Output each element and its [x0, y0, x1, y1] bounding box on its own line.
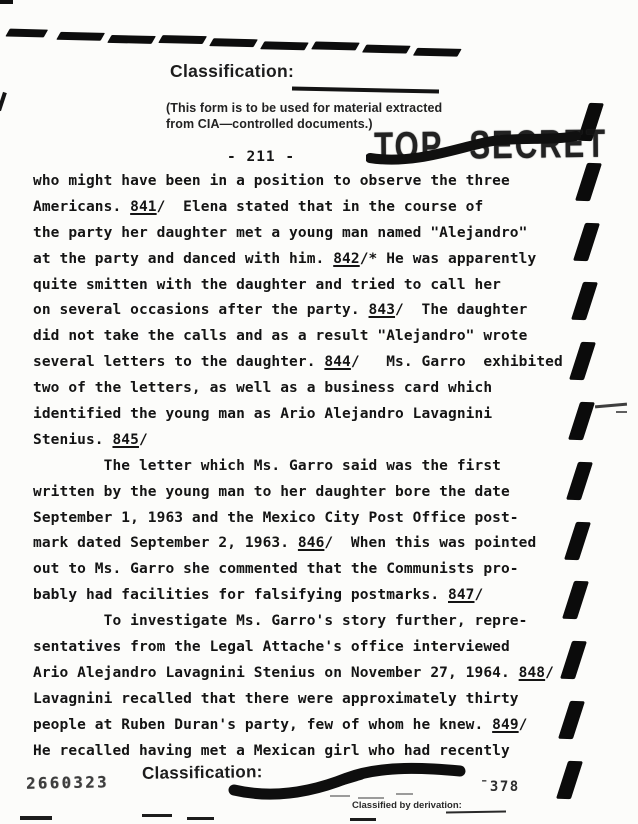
body-text-line: the party her daughter met a young man n… [33, 221, 563, 247]
body-text-line: identified the young man as Ario Alejand… [33, 402, 563, 428]
obscured-stamp-remnant [358, 797, 384, 799]
body-text-line: at the party and danced with him. 842/* … [33, 247, 563, 273]
body-text-line: The letter which Ms. Garro said was the … [33, 454, 563, 480]
classified-by-blank-line [446, 810, 506, 813]
page-stamp-number: ¯378 [480, 779, 520, 795]
cut-line-dash [209, 38, 258, 47]
body-text-line: Americans. 841/ Elena stated that in the… [33, 195, 563, 221]
body-text-line: sentatives from the Legal Attache's offi… [33, 635, 563, 661]
bottom-cut-dash [142, 814, 172, 817]
binding-hole-mark [569, 342, 596, 381]
binding-hole-mark [560, 641, 587, 680]
body-text-line: written by the young man to her daughter… [33, 480, 563, 506]
binding-hole-mark [562, 581, 589, 620]
body-text-line: people at Ruben Duran's party, few of wh… [33, 713, 563, 739]
body-text-line: quite smitten with the daughter and trie… [33, 273, 563, 299]
cut-line-dash [260, 41, 309, 50]
classification-blank-line-top [292, 86, 439, 93]
form-usage-note-line1: (This form is to be used for material ex… [166, 100, 442, 116]
cut-line-dash [107, 35, 156, 44]
binding-hole-mark [556, 761, 583, 800]
cut-line-dash [158, 35, 207, 44]
body-text-line: Lavagnini recalled that there were appro… [33, 687, 563, 713]
cut-line-dash [413, 48, 462, 57]
obscured-stamp-remnant [396, 793, 413, 795]
document-number-stamp: 2660323 [26, 773, 109, 792]
scan-edge-mark [0, 92, 7, 111]
cut-line-dash [311, 42, 360, 51]
body-text-line: on several occasions after the party. 84… [33, 298, 563, 324]
bottom-cut-dash [20, 816, 52, 820]
classified-by-derivation-label: Classified by derivation: [352, 800, 462, 811]
binding-hole-mark [571, 282, 598, 321]
body-text-line: To investigate Ms. Garro's story further… [33, 609, 563, 635]
cut-line-dash [56, 32, 105, 41]
body-text-line: several letters to the daughter. 844/ Ms… [33, 350, 563, 376]
body-text-line: who might have been in a position to obs… [33, 169, 563, 195]
obscured-stamp-remnant [330, 795, 350, 797]
typed-body-text: who might have been in a position to obs… [33, 169, 563, 764]
body-text-line: September 1, 1963 and the Mexico City Po… [33, 506, 563, 532]
body-text-line: Stenius. 845/ [33, 428, 563, 454]
pen-mark [595, 403, 627, 409]
bottom-cut-dash [187, 817, 214, 820]
cut-line-dash [362, 45, 411, 54]
scan-corner-mark [0, 0, 13, 4]
page-number: - 211 - [227, 149, 295, 165]
body-text-line: mark dated September 2, 1963. 846/ When … [33, 531, 563, 557]
binding-hole-mark [573, 222, 600, 261]
cut-line-dash [5, 29, 48, 38]
classification-label-top: Classification: [170, 61, 294, 82]
body-text-line: out to Ms. Garro she commented that the … [33, 557, 563, 583]
binding-hole-mark [566, 462, 593, 501]
body-text-line: two of the letters, as well as a busines… [33, 376, 563, 402]
pen-mark-tail [616, 411, 627, 413]
binding-hole-mark [564, 521, 591, 560]
body-text-line: Ario Alejandro Lavagnini Stenius on Nove… [33, 661, 563, 687]
body-text-line: did not take the calls and as a result "… [33, 324, 563, 350]
bottom-cut-dash [350, 818, 376, 821]
body-text-line: bably had facilities for falsifying post… [33, 583, 563, 609]
binding-hole-mark [567, 402, 594, 441]
scanned-document-page: Classification: (This form is to be used… [0, 0, 638, 824]
